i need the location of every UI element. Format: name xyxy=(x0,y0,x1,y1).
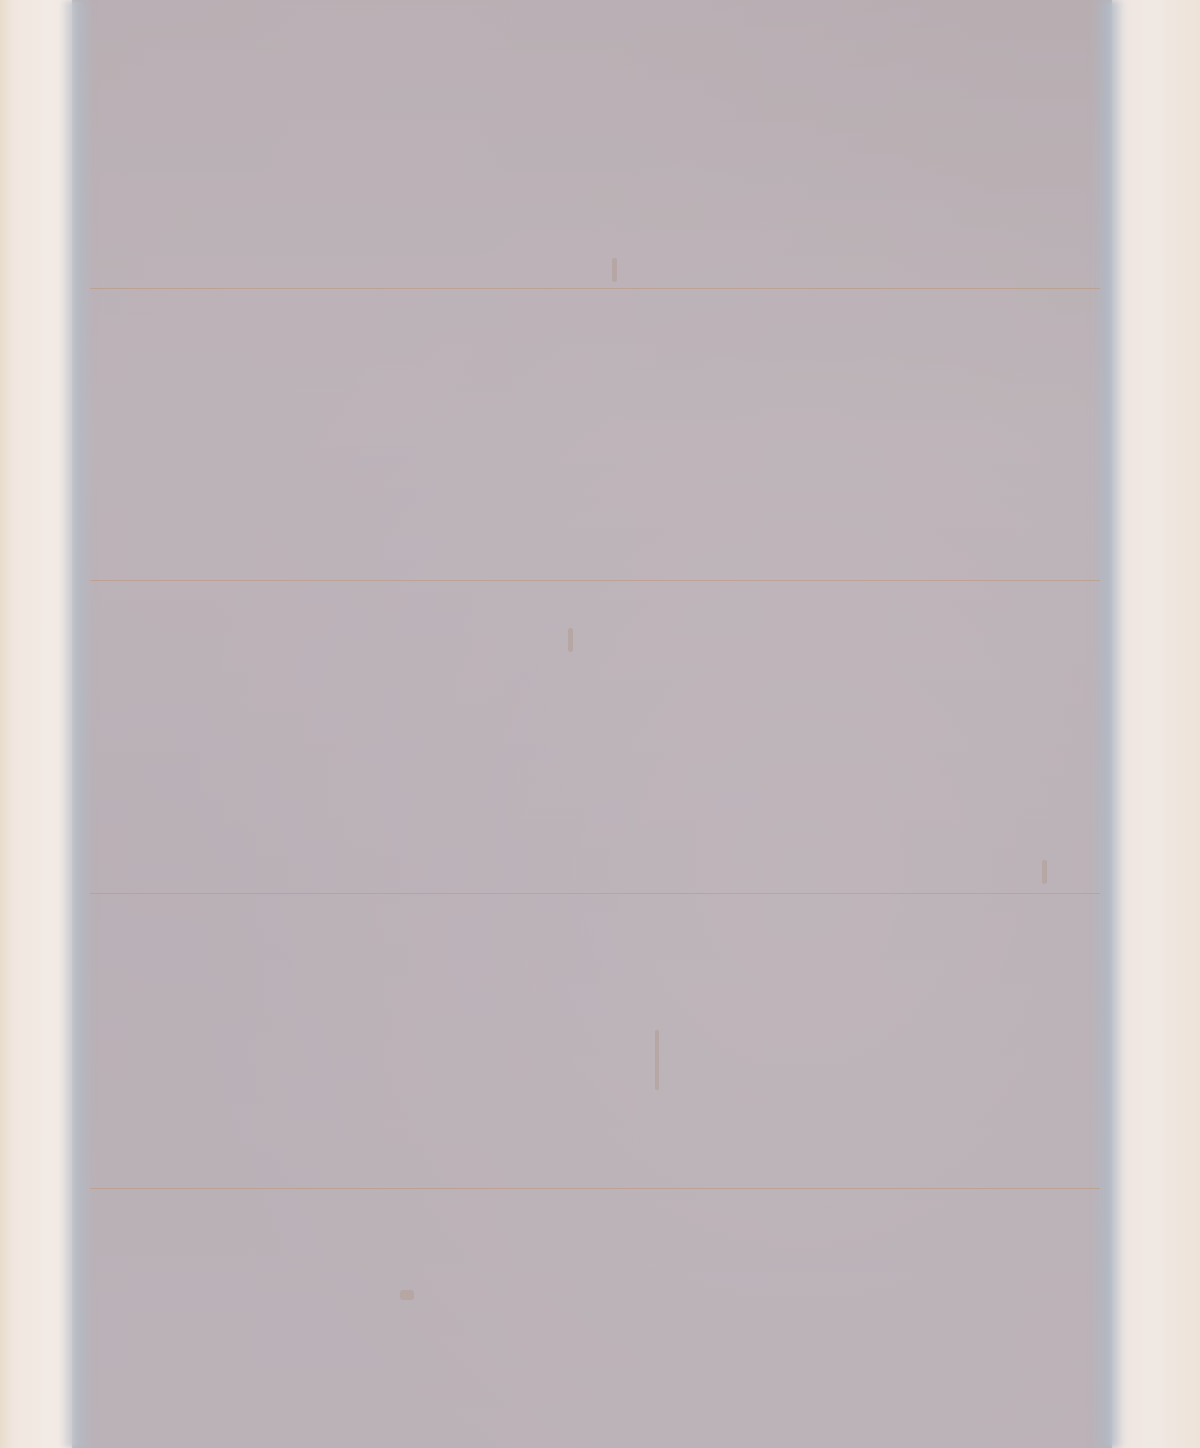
wash-right-edge xyxy=(1092,0,1126,1448)
paint-drip xyxy=(655,1030,659,1090)
paper-background xyxy=(0,0,1200,1448)
pencil-line-4 xyxy=(90,1188,1100,1189)
pencil-line-3 xyxy=(90,893,1100,894)
gray-wash-field xyxy=(72,0,1112,1448)
pencil-line-1 xyxy=(90,288,1100,289)
paint-blot xyxy=(612,258,617,282)
paint-blot xyxy=(568,628,573,652)
paint-blot xyxy=(400,1290,414,1300)
paint-blot xyxy=(1042,860,1047,884)
wash-left-edge xyxy=(60,0,94,1448)
pencil-line-2 xyxy=(90,580,1100,581)
